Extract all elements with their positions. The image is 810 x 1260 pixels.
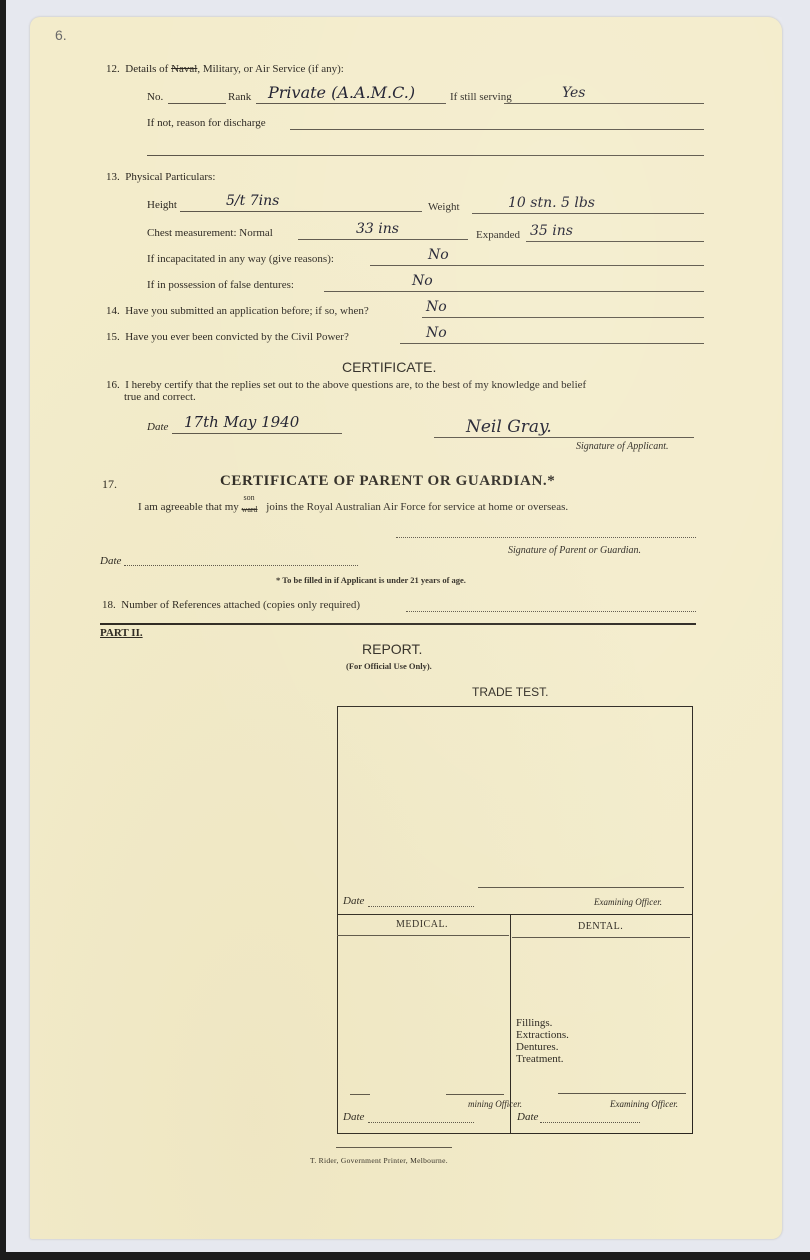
ward-word-struck: ward: [242, 505, 258, 514]
medical-header-rule: [337, 935, 509, 936]
discharge-field[interactable]: [290, 129, 704, 130]
dental-header-rule: [512, 937, 690, 938]
weight-label: Weight: [428, 201, 460, 213]
q14-question: Have you submitted an application before…: [125, 305, 368, 317]
certificate-text-line2: true and correct.: [124, 391, 196, 403]
parent-signature-line[interactable]: [396, 537, 696, 538]
q15-number: 15.: [106, 331, 120, 343]
document-page: 6. 12. Details of Naval, Military, or Ai…: [30, 17, 782, 1239]
service-no-label: No.: [147, 91, 163, 103]
report-subtitle: (For Official Use Only).: [346, 661, 432, 671]
dental-officer-caption: Examining Officer.: [610, 1099, 678, 1109]
incapacitated-value[interactable]: No: [428, 247, 449, 263]
q14-label: 14. Have you submitted an application be…: [106, 305, 369, 317]
parent-signature-caption: Signature of Parent or Guardian.: [508, 545, 641, 556]
q12-label: 12. Details of Naval, Military, or Air S…: [106, 63, 344, 75]
dentures-value[interactable]: No: [412, 273, 433, 289]
references-count-field[interactable]: [406, 611, 696, 612]
dental-date-field[interactable]: [540, 1122, 640, 1123]
chest-normal-label: Chest measurement: Normal: [147, 227, 273, 239]
weight-field-line: [472, 213, 704, 214]
parent-footnote: * To be filled in if Applicant is under …: [276, 575, 466, 585]
parent-certificate-title: CERTIFICATE OF PARENT OR GUARDIAN.*: [220, 473, 555, 490]
q14-number: 14.: [106, 305, 120, 317]
trade-test-title: TRADE TEST.: [472, 685, 548, 699]
printer-imprint: T. Rider, Government Printer, Melbourne.: [310, 1156, 448, 1165]
q12-label-suffix: , Military, or Air Service (if any):: [197, 63, 344, 75]
scan-frame-edge: [0, 1252, 810, 1260]
rank-label: Rank: [228, 91, 251, 103]
medical-date-label: Date: [343, 1111, 364, 1123]
trade-date-label: Date: [343, 895, 364, 907]
trade-test-divider: [337, 914, 693, 915]
service-no-field[interactable]: [168, 103, 226, 104]
medical-date-field[interactable]: [368, 1122, 474, 1123]
dental-title: DENTAL.: [578, 921, 623, 932]
q15-label: 15. Have you ever been convicted by the …: [106, 331, 349, 343]
chest-expanded-label: Expanded: [476, 229, 520, 241]
q15-question: Have you ever been convicted by the Civi…: [125, 331, 349, 343]
parent-consent-text: I am agreeable that my son ward joins th…: [138, 501, 568, 513]
trade-officer-caption: Examining Officer.: [594, 897, 662, 907]
chest-expanded-value[interactable]: 35 ins: [530, 223, 573, 239]
trade-date-field[interactable]: [368, 906, 474, 907]
weight-value[interactable]: 10 stn. 5 lbs: [508, 195, 595, 211]
q13-number: 13.: [106, 171, 120, 183]
medical-officer-signature-line[interactable]: [350, 1094, 370, 1095]
consent-prefix: I am agreeable that my: [138, 501, 239, 513]
parent-date-field[interactable]: [124, 565, 358, 566]
incapacitated-field-line: [370, 265, 704, 266]
report-title: REPORT.: [362, 641, 422, 657]
certificate-date-label: Date: [147, 421, 168, 433]
applicant-signature[interactable]: Neil Gray.: [466, 417, 552, 437]
chest-normal-field-line: [298, 239, 468, 240]
dental-item-dentures: Dentures.: [516, 1041, 569, 1053]
son-ward-choice: son ward: [242, 501, 264, 513]
chest-expanded-field-line: [526, 241, 704, 242]
dental-item-fillings: Fillings.: [516, 1017, 569, 1029]
official-use-box: [337, 706, 693, 1134]
q12-number: 12.: [106, 63, 120, 75]
dental-item-extractions: Extractions.: [516, 1029, 569, 1041]
dental-item-treatment: Treatment.: [516, 1053, 569, 1065]
height-value[interactable]: 5/t 7ins: [226, 193, 279, 209]
certificate-text-line1: I hereby certify that the replies set ou…: [125, 379, 586, 391]
still-serving-field-line: [504, 103, 704, 104]
medical-officer-caption: mining Officer.: [468, 1099, 522, 1109]
discharge-label: If not, reason for discharge: [147, 117, 266, 129]
dentures-label: If in possession of false dentures:: [147, 279, 294, 291]
height-field-line: [180, 211, 422, 212]
q14-value[interactable]: No: [426, 299, 447, 315]
certificate-statement: 16. I hereby certify that the replies se…: [106, 379, 586, 391]
q18-label: 18. Number of References attached (copie…: [102, 599, 360, 611]
certificate-date-field-line: [172, 433, 342, 434]
certificate-date-value[interactable]: 17th May 1940: [184, 413, 299, 431]
q14-field-line: [422, 317, 704, 318]
scan-frame-edge: [0, 0, 6, 1260]
medical-title: MEDICAL.: [396, 919, 448, 930]
page-number: 6.: [55, 27, 67, 43]
still-serving-label: If still serving: [450, 91, 512, 103]
dental-date-label: Date: [517, 1111, 538, 1123]
q15-field-line: [400, 343, 704, 344]
q18-question: Number of References attached (copies on…: [121, 599, 360, 611]
dentures-field-line: [324, 291, 704, 292]
q15-value[interactable]: No: [426, 325, 447, 341]
trade-officer-signature-line[interactable]: [478, 887, 684, 888]
applicant-signature-line: [434, 437, 694, 438]
discharge-field-continued[interactable]: [147, 155, 704, 156]
imprint-rule: [336, 1147, 452, 1148]
parent-date-label: Date: [100, 555, 121, 567]
q18-number: 18.: [102, 599, 116, 611]
dental-items-list: Fillings. Extractions. Dentures. Treatme…: [516, 1017, 569, 1065]
son-word: son: [244, 493, 255, 502]
rank-field-line: [256, 103, 446, 104]
applicant-signature-caption: Signature of Applicant.: [576, 441, 669, 452]
q16-number: 16.: [106, 379, 120, 391]
chest-normal-value[interactable]: 33 ins: [356, 221, 399, 237]
part-divider: [100, 623, 696, 625]
q17-number: 17.: [102, 477, 117, 492]
consent-suffix: joins the Royal Australian Air Force for…: [266, 501, 568, 513]
incapacitated-label: If incapacitated in any way (give reason…: [147, 253, 334, 265]
q12-struck-word: Naval: [171, 63, 197, 75]
medical-officer-signature-line-right[interactable]: [446, 1094, 504, 1095]
height-label: Height: [147, 199, 177, 211]
part-ii-heading: PART II.: [100, 627, 143, 639]
q12-label-prefix: Details of: [125, 63, 171, 75]
dental-officer-signature-line[interactable]: [558, 1093, 686, 1094]
certificate-title: CERTIFICATE.: [342, 359, 436, 375]
still-serving-value[interactable]: Yes: [562, 85, 586, 101]
q13-label: 13. Physical Particulars:: [106, 171, 215, 183]
q13-title: Physical Particulars:: [125, 171, 215, 183]
rank-value[interactable]: Private (A.A.M.C.): [268, 83, 415, 102]
